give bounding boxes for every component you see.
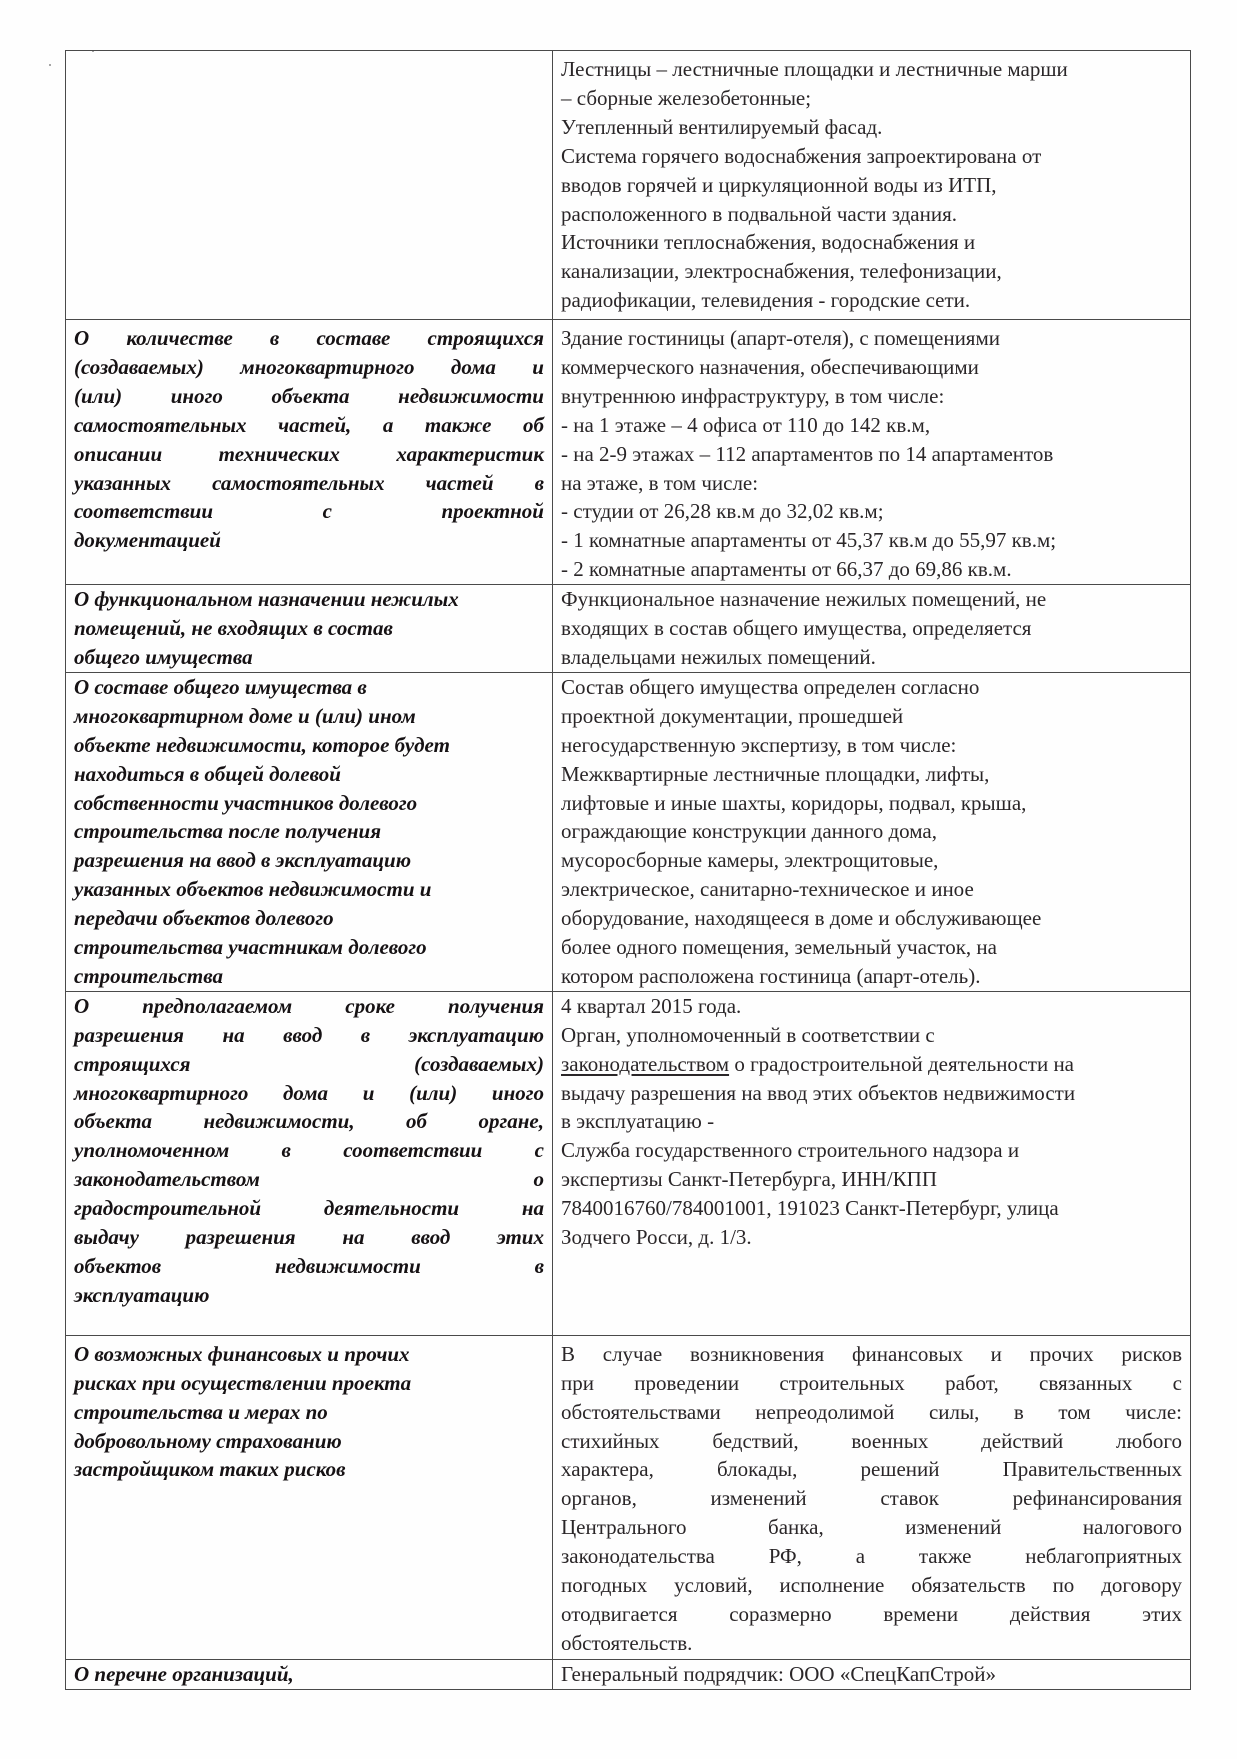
text-line: более одного помещения, земельный участо… — [561, 933, 1182, 962]
text-line: стихийных бедствий, военных действий люб… — [561, 1427, 1182, 1456]
text-line: Лестницы – лестничные площадки и лестнич… — [561, 55, 1182, 84]
row-value-independent-parts: Здание гостиницы (апарт-отеля), с помеще… — [553, 320, 1191, 585]
text-line: находиться в общей долевой — [74, 760, 544, 789]
text-fragment: о градостроительной деятельности на — [729, 1052, 1074, 1076]
table-row: О предполагаемом сроке получения разреше… — [66, 991, 1191, 1335]
text-line: характера, блокады, решений Правительств… — [561, 1455, 1182, 1484]
row-value-construction-details: Лестницы – лестничные площадки и лестнич… — [553, 51, 1191, 320]
text-line: общего имущества — [74, 643, 544, 672]
text-line: органов, изменений ставок рефинансирован… — [561, 1484, 1182, 1513]
text-line: Центрального банка, изменений налогового — [561, 1513, 1182, 1542]
text-line: Утепленный вентилируемый фасад. — [561, 113, 1182, 142]
table-row: О возможных финансовых и прочих рисках п… — [66, 1335, 1191, 1659]
row-value-nonresidential-purpose: Функциональное назначение нежилых помеще… — [553, 585, 1191, 673]
text-line: в эксплуатацию - — [561, 1107, 1182, 1136]
text-line: объекте недвижимости, которое будет — [74, 731, 544, 760]
text-line: - 1 комнатные апартаменты от 45,37 кв.м … — [561, 526, 1182, 555]
text-line: коммерческого назначения, обеспечивающим… — [561, 353, 1182, 382]
row-label-commissioning-permit: О предполагаемом сроке получения разреше… — [66, 991, 553, 1335]
text-line: – сборные железобетонные; — [561, 84, 1182, 113]
text-line: указанных самостоятельных частей в — [74, 469, 544, 498]
text-line: О перечне организаций, — [74, 1660, 544, 1689]
text-line: выдачу разрешения на ввод этих — [74, 1223, 544, 1252]
table-row: О функциональном назначении нежилых поме… — [66, 585, 1191, 673]
text-line: многоквартирном доме и (или) ином — [74, 702, 544, 731]
text-line: строящихся (создаваемых) — [74, 1050, 544, 1079]
table-row: О количестве в составе строящихся (созда… — [66, 320, 1191, 585]
text-line: мусоросборные камеры, электрощитовые, — [561, 846, 1182, 875]
text-line: указанных объектов недвижимости и — [74, 875, 544, 904]
scanned-page: Лестницы – лестничные площадки и лестнич… — [0, 0, 1237, 1759]
text-line: документацией — [74, 526, 544, 555]
text-line: застройщиком таких рисков — [74, 1455, 544, 1484]
text-line: - на 2-9 этажах – 112 апартаментов по 14… — [561, 440, 1182, 469]
text-line: Состав общего имущества определен соглас… — [561, 673, 1182, 702]
text-line: О количестве в составе строящихся — [74, 324, 544, 353]
text-line: 4 квартал 2015 года. — [561, 992, 1182, 1021]
text-line: (или) иного объекта недвижимости — [74, 382, 544, 411]
text-line: на этаже, в том числе: — [561, 469, 1182, 498]
text-line: погодных условий, исполнение обязательст… — [561, 1571, 1182, 1600]
text-line: негосударственную экспертизу, в том числ… — [561, 731, 1182, 760]
text-line: входящих в состав общего имущества, опре… — [561, 614, 1182, 643]
text-line: Межквартирные лестничные площадки, лифты… — [561, 760, 1182, 789]
row-label-empty — [66, 51, 553, 320]
text-line: Орган, уполномоченный в соответствии с — [561, 1021, 1182, 1050]
table-row: Лестницы – лестничные площадки и лестнич… — [66, 51, 1191, 320]
text-line: проектной документации, прошедшей — [561, 702, 1182, 731]
text-line: В случае возникновения финансовых и проч… — [561, 1340, 1182, 1369]
text-line: соответствии с проектной — [74, 497, 544, 526]
text-line: добровольному страхованию — [74, 1427, 544, 1456]
text-line: обстоятельствами непреодолимой силы, в т… — [561, 1398, 1182, 1427]
text-line: Функциональное назначение нежилых помеще… — [561, 585, 1182, 614]
text-line: выдачу разрешения на ввод этих объектов … — [561, 1079, 1182, 1108]
text-line: обстоятельств. — [561, 1629, 1182, 1658]
text-line: строительства участникам долевого — [74, 933, 544, 962]
text-line: объекта недвижимости, об органе, — [74, 1107, 544, 1136]
text-line: Генеральный подрядчик: ООО «СпецКапСтрой… — [561, 1660, 1182, 1689]
text-line: радиофикации, телевидения - городские се… — [561, 286, 1182, 315]
text-line: законодательством о — [74, 1165, 544, 1194]
text-line: рисках при осуществлении проекта — [74, 1369, 544, 1398]
text-line: лифтовые и иные шахты, коридоры, подвал,… — [561, 789, 1182, 818]
row-label-risks: О возможных финансовых и прочих рисках п… — [66, 1335, 553, 1659]
text-line: собственности участников долевого — [74, 789, 544, 818]
text-line: помещений, не входящих в состав — [74, 614, 544, 643]
text-line: расположенного в подвальной части здания… — [561, 200, 1182, 229]
legislation-link: законодательством — [561, 1052, 729, 1076]
text-line: вводов горячей и циркуляционной воды из … — [561, 171, 1182, 200]
row-label-nonresidential-purpose: О функциональном назначении нежилых поме… — [66, 585, 553, 673]
text-line: строительства — [74, 962, 544, 991]
text-line: самостоятельных частей, а также об — [74, 411, 544, 440]
text-line: передачи объектов долевого — [74, 904, 544, 933]
text-line: Служба государственного строительного на… — [561, 1136, 1182, 1165]
scan-speck — [49, 64, 51, 66]
row-label-independent-parts: О количестве в составе строящихся (созда… — [66, 320, 553, 585]
text-line: Система горячего водоснабжения запроекти… — [561, 142, 1182, 171]
text-line: объектов недвижимости в — [74, 1252, 544, 1281]
table-row: О перечне организаций, Генеральный подря… — [66, 1659, 1191, 1689]
row-value-commissioning-permit: 4 квартал 2015 года. Орган, уполномоченн… — [553, 991, 1191, 1335]
row-value-organizations: Генеральный подрядчик: ООО «СпецКапСтрой… — [553, 1659, 1191, 1689]
text-line: описании технических характеристик — [74, 440, 544, 469]
text-line: внутреннюю инфраструктуру, в том числе: — [561, 382, 1182, 411]
text-line: многоквартирного дома и (или) иного — [74, 1079, 544, 1108]
text-line: строительства и мерах по — [74, 1398, 544, 1427]
text-line: 7840016760/784001001, 191023 Санкт-Петер… — [561, 1194, 1182, 1223]
text-line: Источники теплоснабжения, водоснабжения … — [561, 228, 1182, 257]
text-line: строительства после получения — [74, 817, 544, 846]
text-line: Здание гостиницы (апарт-отеля), с помеще… — [561, 324, 1182, 353]
text-line: - на 1 этаже – 4 офиса от 110 до 142 кв.… — [561, 411, 1182, 440]
text-line: эксплуатацию — [74, 1281, 544, 1310]
text-line: законодательством о градостроительной де… — [561, 1050, 1182, 1079]
text-line: О составе общего имущества в — [74, 673, 544, 702]
text-line: владельцами нежилых помещений. — [561, 643, 1182, 672]
text-line: электрическое, санитарно-техническое и и… — [561, 875, 1182, 904]
text-line: отодвигается соразмерно времени действия… — [561, 1600, 1182, 1629]
text-line: О возможных финансовых и прочих — [74, 1340, 544, 1369]
text-line: ограждающие конструкции данного дома, — [561, 817, 1182, 846]
row-label-common-property: О составе общего имущества в многокварти… — [66, 672, 553, 991]
text-line: О функциональном назначении нежилых — [74, 585, 544, 614]
text-line: котором расположена гостиница (апарт-оте… — [561, 962, 1182, 991]
text-line: - 2 комнатные апартаменты от 66,37 до 69… — [561, 555, 1182, 584]
text-line: уполномоченном в соответствии с — [74, 1136, 544, 1165]
row-value-risks: В случае возникновения финансовых и проч… — [553, 1335, 1191, 1659]
row-value-common-property: Состав общего имущества определен соглас… — [553, 672, 1191, 991]
text-line: Зодчего Росси, д. 1/3. — [561, 1223, 1182, 1252]
text-line: канализации, электроснабжения, телефониз… — [561, 257, 1182, 286]
text-line: (создаваемых) многоквартирного дома и — [74, 353, 544, 382]
text-line: законодательства РФ, а также неблагоприя… — [561, 1542, 1182, 1571]
text-line: О предполагаемом сроке получения — [74, 992, 544, 1021]
text-line: оборудование, находящееся в доме и обслу… — [561, 904, 1182, 933]
text-line: экспертизы Санкт-Петербурга, ИНН/КПП — [561, 1165, 1182, 1194]
text-line: градостроительной деятельности на — [74, 1194, 544, 1223]
text-line: при проведении строительных работ, связа… — [561, 1369, 1182, 1398]
text-line: разрешения на ввод в эксплуатацию — [74, 1021, 544, 1050]
text-line: - студии от 26,28 кв.м до 32,02 кв.м; — [561, 497, 1182, 526]
table-row: О составе общего имущества в многокварти… — [66, 672, 1191, 991]
text-line: разрешения на ввод в эксплуатацию — [74, 846, 544, 875]
project-declaration-table: Лестницы – лестничные площадки и лестнич… — [65, 50, 1191, 1690]
row-label-organizations: О перечне организаций, — [66, 1659, 553, 1689]
